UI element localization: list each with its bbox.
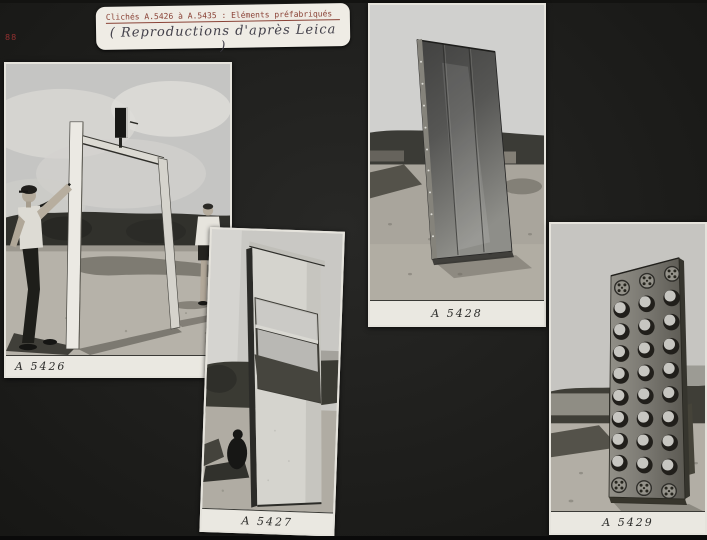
title-label: Clichés A.5426 à A.5435 : Eléments préfa…: [96, 3, 351, 50]
handwritten-subtitle: ( Reproductions d'après Leica ): [106, 22, 340, 56]
album-page: 88 Clichés A.5426 à A.5435 : Eléments pr…: [0, 0, 707, 540]
photo-a5427: A 5427: [199, 227, 345, 537]
window: [252, 298, 324, 402]
photo-scene-a5428: [370, 5, 544, 300]
glazed-panel: [237, 241, 330, 510]
scan-edge-bottom: [0, 536, 707, 540]
photo-a5429: A 5429: [549, 222, 707, 535]
page-number-stamp: 88: [5, 33, 17, 42]
caption-a5427: A 5427: [201, 508, 333, 535]
photo-scene-a5426: [6, 64, 230, 355]
photo-scene-a5429: [551, 224, 705, 511]
water: [551, 393, 609, 415]
typed-title: Clichés A.5426 à A.5435 : Eléments préfa…: [106, 9, 340, 24]
photo-scene-a5427: [202, 229, 343, 512]
photo-a5426: A 5426: [4, 62, 232, 378]
caption-a5426: A 5426: [6, 355, 230, 376]
shed: [370, 151, 404, 162]
ground: [6, 245, 230, 355]
photo-a5428: A 5428: [368, 3, 546, 327]
caption-a5428: A 5428: [370, 300, 544, 325]
scan-edge-top: [0, 0, 707, 3]
caption-a5429: A 5429: [551, 511, 705, 533]
